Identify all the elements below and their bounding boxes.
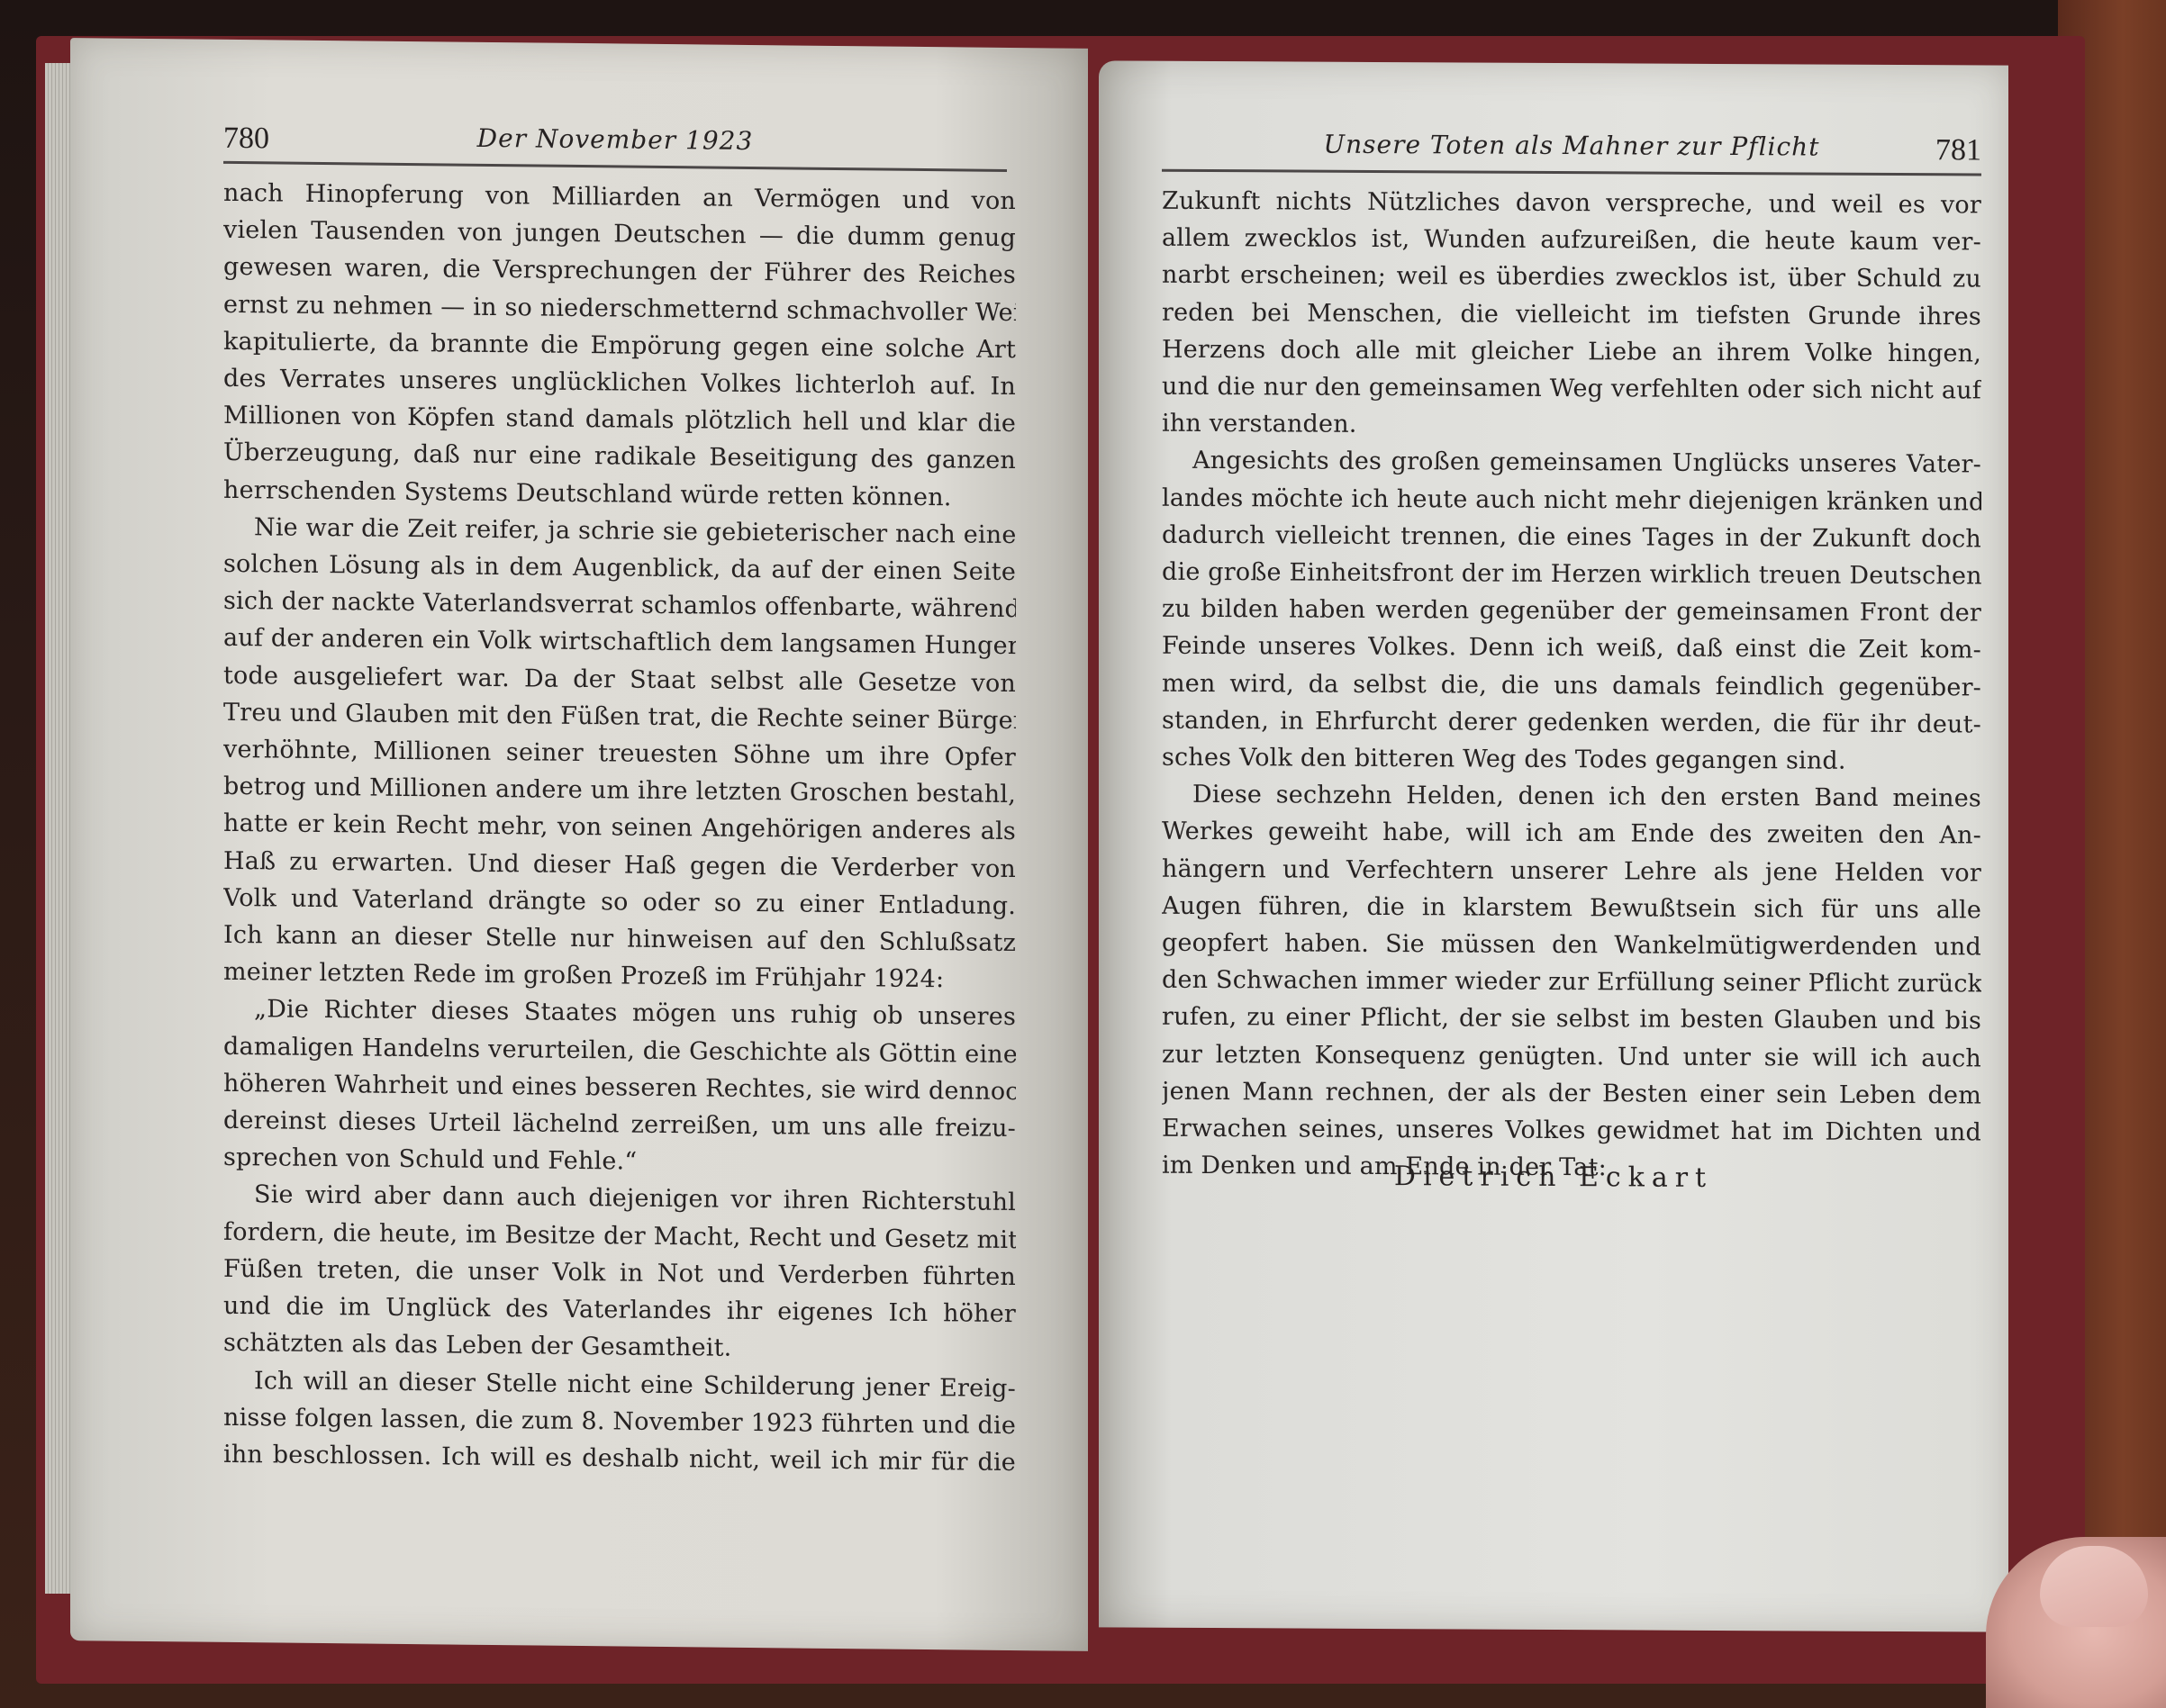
text-line: Feinde unseres Volkes. Denn ich weiß, da…	[1162, 628, 1981, 669]
text-line: Angesichts des großen gemeinsamen Unglüc…	[1162, 442, 1981, 483]
right-page: Unsere Toten als Mahner zur Pflicht 781 …	[1099, 60, 2008, 1631]
text-line: standen, in Ehrfurcht derer gedenken wer…	[1162, 702, 1981, 744]
text-line: die große Einheitsfront der im Herzen wi…	[1162, 554, 1981, 595]
left-page-body: nach Hinopferung von Milliarden an Vermö…	[223, 175, 1016, 1481]
running-head: Der November 1923	[223, 121, 1007, 158]
text-line: dadurch vielleicht trennen, die eines Ta…	[1162, 517, 1981, 558]
text-line: sches Volk den bitteren Weg des Todes ge…	[1162, 739, 1981, 781]
text-line: ihn beschlossen. Ich will es deshalb nic…	[223, 1436, 1016, 1481]
text-line: Zukunft nichts Nützliches davon versprec…	[1162, 183, 1981, 224]
text-line: ihn verstanden.	[1162, 405, 1981, 447]
text-line: und die nur den gemeinsamen Weg verfehlt…	[1162, 368, 1981, 410]
text-line: men wird, da selbst die, die uns damals …	[1162, 664, 1981, 706]
page-edges	[45, 63, 72, 1594]
text-line: rufen, zu einer Pflicht, der sie selbst …	[1162, 999, 1981, 1040]
text-line: zur letzten Konsequenz genügten. Und unt…	[1162, 1035, 1981, 1077]
page-number: 781	[1935, 133, 1981, 167]
right-page-header: Unsere Toten als Mahner zur Pflicht 781	[1162, 115, 1981, 176]
signature-name: Dietrich Eckart	[1099, 1159, 2008, 1195]
text-line: zu bilden haben werden gegenüber der gem…	[1162, 591, 1981, 632]
text-line: allem zwecklos ist, Wunden aufzureißen, …	[1162, 220, 1981, 261]
thumbnail	[2040, 1546, 2148, 1627]
left-page: 780 Der November 1923 nach Hinopferung v…	[70, 38, 1088, 1651]
text-line: landes möchte ich heute auch nicht mehr …	[1162, 479, 1981, 520]
running-head: Unsere Toten als Mahner zur Pflicht	[1162, 129, 1981, 163]
text-line: jenen Mann rechnen, der als der Besten e…	[1162, 1073, 1981, 1115]
text-line: Werkes geweiht habe, will ich am Ende de…	[1162, 813, 1981, 854]
text-line: den Schwachen immer wieder zur Erfüllung…	[1162, 962, 1981, 1003]
text-line: Diese sechzehn Helden, denen ich den ers…	[1162, 776, 1981, 818]
right-page-body: Zukunft nichts Nützliches davon versprec…	[1162, 183, 1981, 1188]
left-page-header: 780 Der November 1923	[223, 107, 1007, 172]
text-line: reden bei Menschen, die vielleicht im ti…	[1162, 294, 1981, 335]
text-line: narbt erscheinen; weil es überdies zweck…	[1162, 257, 1981, 298]
text-line: geopfert haben. Sie müssen den Wankelmüt…	[1162, 925, 1981, 966]
text-line: Augen führen, die in klarstem Bewußtsein…	[1162, 888, 1981, 929]
text-line: hängern und Verfechtern unserer Lehre al…	[1162, 850, 1981, 891]
text-line: Herzens doch alle mit gleicher Liebe an …	[1162, 331, 1981, 373]
text-line: Erwachen seines, unseres Volkes gewidmet…	[1162, 1110, 1981, 1152]
